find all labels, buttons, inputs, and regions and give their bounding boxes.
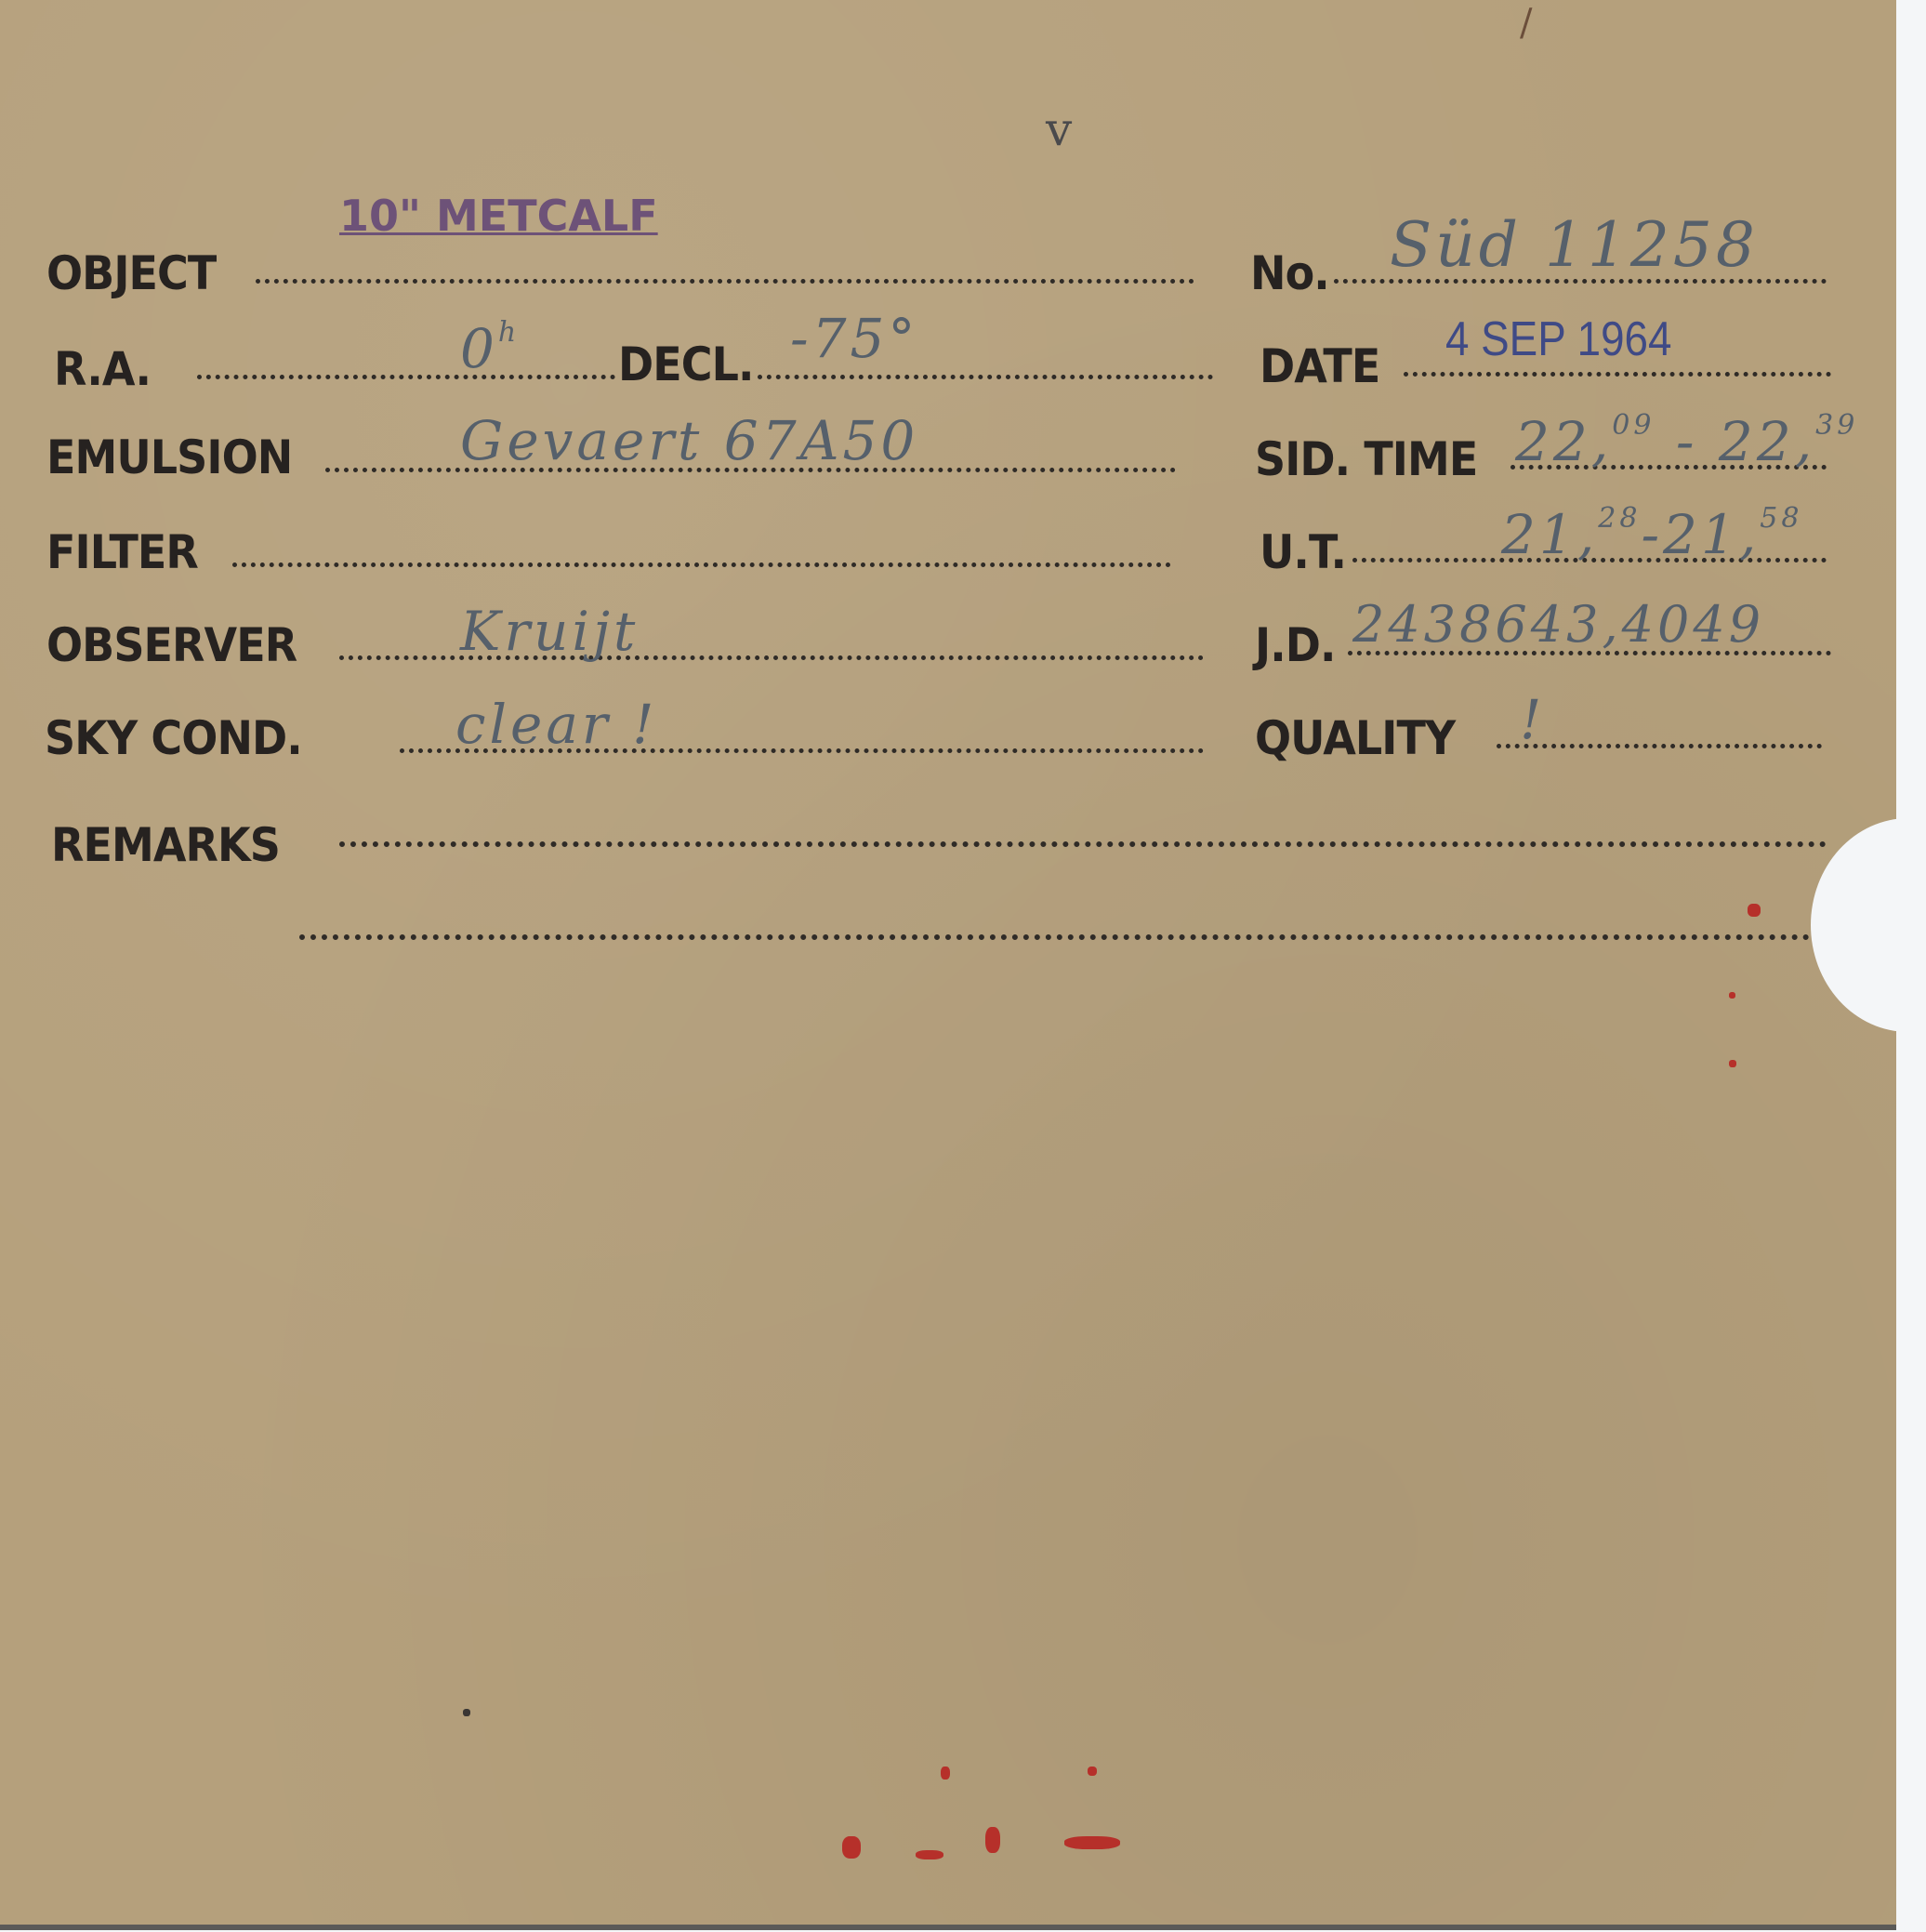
label-quality: QUALITY bbox=[1255, 711, 1455, 765]
red-ink-speck bbox=[941, 1767, 950, 1780]
label-ut: U.T. bbox=[1260, 525, 1346, 579]
remarks-line-2 bbox=[299, 934, 1810, 940]
red-ink-speck bbox=[985, 1827, 1000, 1853]
label-object: OBJECT bbox=[46, 246, 216, 300]
plate-envelope: v / 10" METCALF OBJECT R.A. 0h DECL. -75… bbox=[0, 0, 1896, 1930]
label-emulsion: EMULSION bbox=[46, 430, 292, 484]
label-remarks: REMARKS bbox=[51, 818, 280, 872]
check-mark: v bbox=[1046, 102, 1072, 156]
filter-line bbox=[232, 562, 1171, 567]
ra-line bbox=[197, 375, 615, 379]
label-jd: J.D. bbox=[1255, 618, 1336, 672]
emulsion-value: Gevaert 67A50 bbox=[460, 409, 918, 472]
remarks-line-1 bbox=[339, 841, 1827, 847]
quality-line bbox=[1497, 744, 1822, 748]
red-ink-speck bbox=[916, 1850, 943, 1859]
label-sky-cond: SKY COND. bbox=[45, 711, 302, 765]
decl-line bbox=[758, 375, 1213, 379]
label-no: No. bbox=[1250, 246, 1329, 300]
dark-speck bbox=[463, 1709, 470, 1716]
red-ink-speck bbox=[1064, 1836, 1120, 1849]
jd-value: 2438643,4049 bbox=[1352, 595, 1764, 654]
date-stamp: 4 SEP 1964 bbox=[1445, 311, 1671, 367]
label-decl: DECL. bbox=[618, 337, 754, 391]
sid-time-value: 22,09 - 22,39 bbox=[1515, 409, 1858, 473]
tick-mark: / bbox=[1520, 2, 1532, 45]
red-ink-speck bbox=[1088, 1767, 1097, 1776]
instrument-stamp: 10" METCALF bbox=[339, 191, 658, 241]
decl-value: -75° bbox=[790, 307, 918, 370]
ut-value: 21,28-21,58 bbox=[1501, 502, 1802, 566]
label-observer: OBSERVER bbox=[46, 618, 297, 672]
red-ink-speck bbox=[842, 1836, 861, 1859]
observer-value: Kruijt bbox=[460, 600, 639, 663]
label-sid-time: SID. TIME bbox=[1255, 432, 1477, 486]
object-line bbox=[256, 279, 1194, 284]
red-ink-speck bbox=[1748, 904, 1761, 917]
no-value: Süd 11258 bbox=[1390, 209, 1759, 281]
quality-value: ! bbox=[1520, 688, 1545, 751]
red-ink-speck bbox=[1729, 1060, 1736, 1067]
label-date: DATE bbox=[1260, 339, 1379, 393]
red-ink-speck bbox=[1729, 992, 1735, 999]
ra-value: 0h bbox=[460, 316, 520, 380]
label-filter: FILTER bbox=[46, 525, 198, 579]
date-line bbox=[1404, 372, 1831, 377]
sky-cond-value: clear ! bbox=[455, 693, 657, 756]
label-ra: R.A. bbox=[54, 342, 151, 396]
